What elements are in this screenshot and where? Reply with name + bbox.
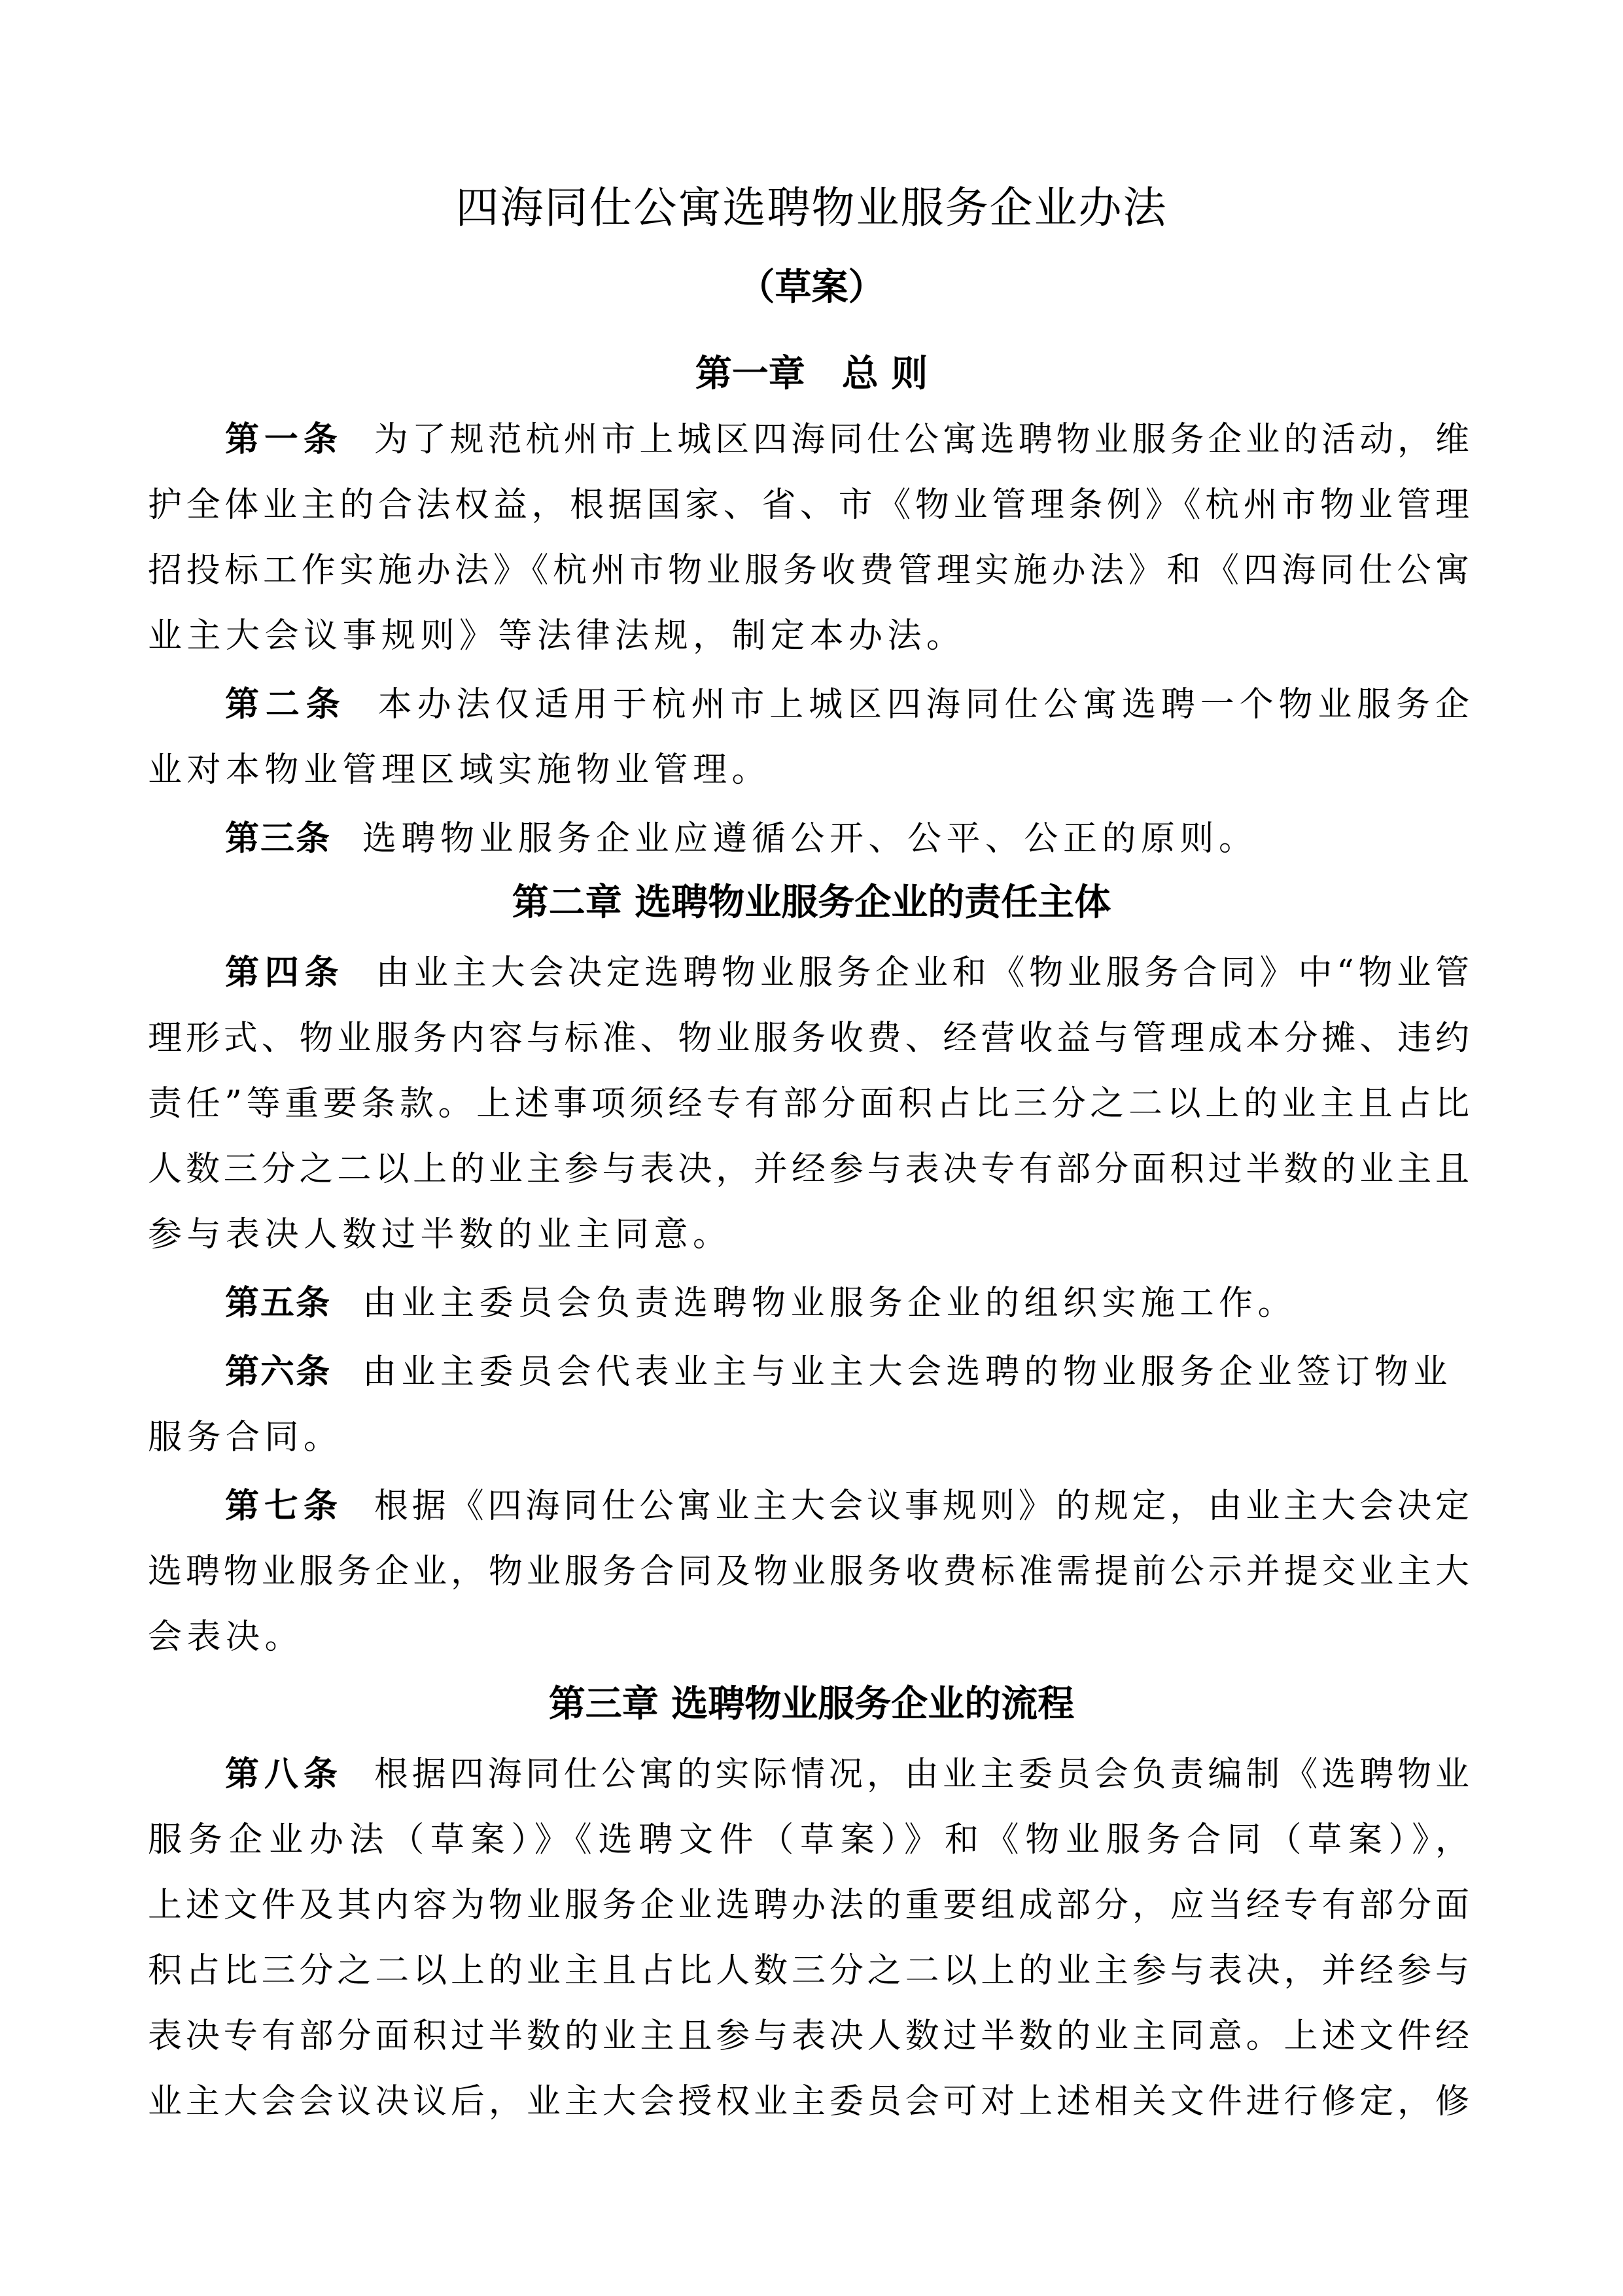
article-7-label: 第七条 — [225, 1487, 343, 1526]
article-1-line-2: 护全体业主的合法权益，根据国家、省、市《物业管理条例》《杭州市物业管理 — [148, 482, 1469, 528]
article-8-label: 第八条 — [225, 1755, 343, 1794]
article-5-line-1: 第五条由业主委员会负责选聘物业服务企业的组织实施工作。 — [225, 1280, 1469, 1326]
article-4-label: 第四条 — [225, 953, 344, 993]
article-8-line-1: 第八条根据四海同仕公寓的实际情况，由业主委员会负责编制《选聘物业 — [225, 1752, 1469, 1797]
article-8-line-4: 积占比三分之二以上的业主且占比人数三分之二以上的业主参与表决，并经参与 — [148, 1948, 1469, 1994]
chapter-2-heading: 第二章 选聘物业服务企业的责任主体 — [0, 880, 1623, 926]
document-page: 四海同仕公寓选聘物业服务企业办法 （草案） 第一章 总 则 第一条为了规范杭州市… — [0, 0, 1623, 2296]
article-1-line-4: 业主大会议事规则》等法律法规，制定本办法。 — [148, 613, 1469, 659]
article-3-line-1: 第三条选聘物业服务企业应遵循公开、公平、公正的原则。 — [225, 816, 1469, 862]
document-title: 四海同仕公寓选聘物业服务企业办法 — [0, 182, 1623, 234]
article-8-line-5: 表决专有部分面积过半数的业主且参与表决人数过半数的业主同意。上述文件经 — [148, 2013, 1469, 2059]
article-8-line-2: 服务企业办法（草案）》《选聘文件（草案）》和《物业服务合同（草案）》， — [148, 1817, 1469, 1863]
article-6-line-1: 第六条由业主委员会代表业主与业主大会选聘的物业服务企业签订物业 — [225, 1349, 1469, 1395]
article-1-line-1: 第一条为了规范杭州市上城区四海同仕公寓选聘物业服务企业的活动，维 — [225, 417, 1469, 463]
article-5-label: 第五条 — [225, 1284, 331, 1323]
article-4-line-5: 参与表决人数过半数的业主同意。 — [148, 1212, 1469, 1258]
article-8-line-6: 业主大会会议决议后，业主大会授权业主委员会可对上述相关文件进行修定，修 — [148, 2079, 1469, 2125]
article-8-line-3: 上述文件及其内容为物业服务企业选聘办法的重要组成部分，应当经专有部分面 — [148, 1882, 1469, 1928]
article-7-line-1: 第七条根据《四海同仕公寓业主大会议事规则》的规定，由业主大会决定 — [225, 1483, 1469, 1529]
article-4-line-1: 第四条由业主大会决定选聘物业服务企业和《物业服务合同》中“物业管 — [225, 950, 1469, 996]
chapter-3-heading: 第三章 选聘物业服务企业的流程 — [0, 1682, 1623, 1727]
article-2-line-2: 业对本物业管理区域实施物业管理。 — [148, 747, 1469, 793]
article-4-line-2: 理形式、物业服务内容与标准、物业服务收费、经营收益与管理成本分摊、违约 — [148, 1016, 1469, 1061]
chapter-1-heading: 第一章 总 则 — [0, 351, 1623, 397]
article-4-line-3: 责任”等重要条款。上述事项须经专有部分面积占比三分之二以上的业主且占比 — [148, 1081, 1469, 1127]
article-7-line-2: 选聘物业服务企业，物业服务合同及物业服务收费标准需提前公示并提交业主大 — [148, 1549, 1469, 1595]
document-subtitle: （草案） — [0, 265, 1623, 311]
article-2-line-1: 第二条本办法仅适用于杭州市上城区四海同仕公寓选聘一个物业服务企 — [225, 682, 1469, 728]
article-3-label: 第三条 — [225, 819, 331, 858]
article-2-label: 第二条 — [225, 685, 347, 724]
article-4-line-4: 人数三分之二以上的业主参与表决，并经参与表决专有部分面积过半数的业主且 — [148, 1146, 1469, 1192]
article-6-line-2: 服务合同。 — [148, 1415, 1469, 1460]
article-6-label: 第六条 — [225, 1352, 331, 1392]
article-1-label: 第一条 — [225, 420, 343, 459]
article-7-line-3: 会表决。 — [148, 1614, 1469, 1660]
article-1-line-3: 招投标工作实施办法》《杭州市物业服务收费管理实施办法》和《四海同仕公寓 — [148, 548, 1469, 593]
